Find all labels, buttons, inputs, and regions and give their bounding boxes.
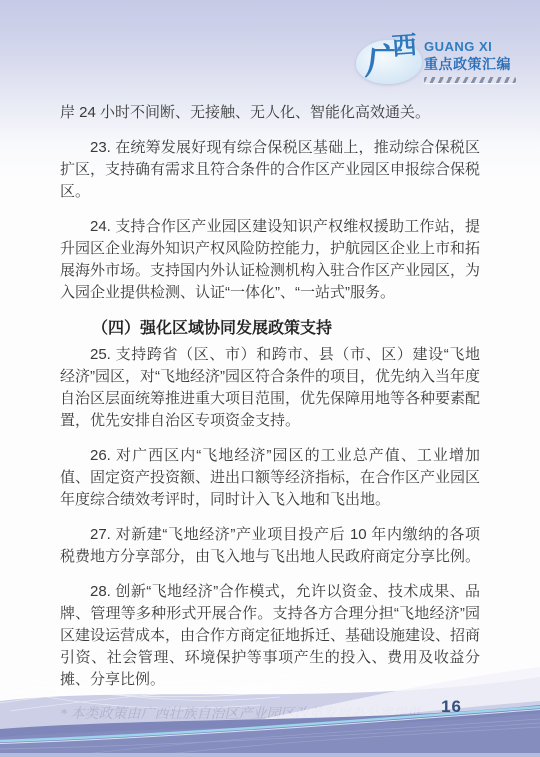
paragraph-27: 27. 对新建“飞地经济”产业项目投产后 10 年内缴纳的各项税费地方分享部分，… bbox=[60, 524, 480, 568]
paragraph-continuation: 岸 24 小时不间断、无接触、无人化、智能化高效通关。 bbox=[60, 102, 480, 124]
logo-hanzi-xi: 西 bbox=[391, 33, 418, 60]
logo-text-block: GUANG XI 重点政策汇编 bbox=[424, 40, 510, 83]
document-body: 岸 24 小时不间断、无接触、无人化、智能化高效通关。 23. 在统筹发展好现有… bbox=[0, 102, 540, 746]
paragraph-26: 26. 对广西区内“飞地经济”园区的工业总产值、工业增加值、固定资产投资额、进出… bbox=[60, 445, 480, 511]
paragraph-23: 23. 在统筹发展好现有综合保税区基础上，推动综合保税区扩区，支持确有需求且符合… bbox=[60, 137, 480, 203]
footnote: * 本类政策由广西壮族自治区产业园区改革发展办公室提供。 联系电话：0771-5… bbox=[60, 704, 480, 746]
logo-dashes-ornament bbox=[424, 77, 516, 83]
page-number: 16 bbox=[441, 697, 462, 717]
section-heading-4: （四）强化区域协同发展政策支持 bbox=[60, 317, 480, 340]
logo-hanzi-mark: 广 西 bbox=[364, 34, 430, 90]
footnote-phone-line: 联系电话：0771-5779065 bbox=[60, 725, 480, 746]
paragraph-25: 25. 支持跨省（区、市）和跨市、县（市、区）建设“飞地经济”园区，对“飞地经济… bbox=[60, 344, 480, 432]
logo-latin-text: GUANG XI bbox=[424, 40, 510, 54]
footnote-source-line: * 本类政策由广西壮族自治区产业园区改革发展办公室提供。 bbox=[60, 704, 480, 725]
paragraph-24: 24. 支持合作区产业园区建设知识产权维权援助工作站，提升园区企业海外知识产权风… bbox=[60, 216, 480, 304]
logo-subtitle-text: 重点政策汇编 bbox=[424, 56, 510, 73]
guangxi-policy-compilation-logo: 广 西 GUANG XI 重点政策汇编 bbox=[356, 32, 508, 94]
paragraph-28: 28. 创新“飞地经济”合作模式，允许以资金、技术成果、品牌、管理等多种形式开展… bbox=[60, 581, 480, 691]
